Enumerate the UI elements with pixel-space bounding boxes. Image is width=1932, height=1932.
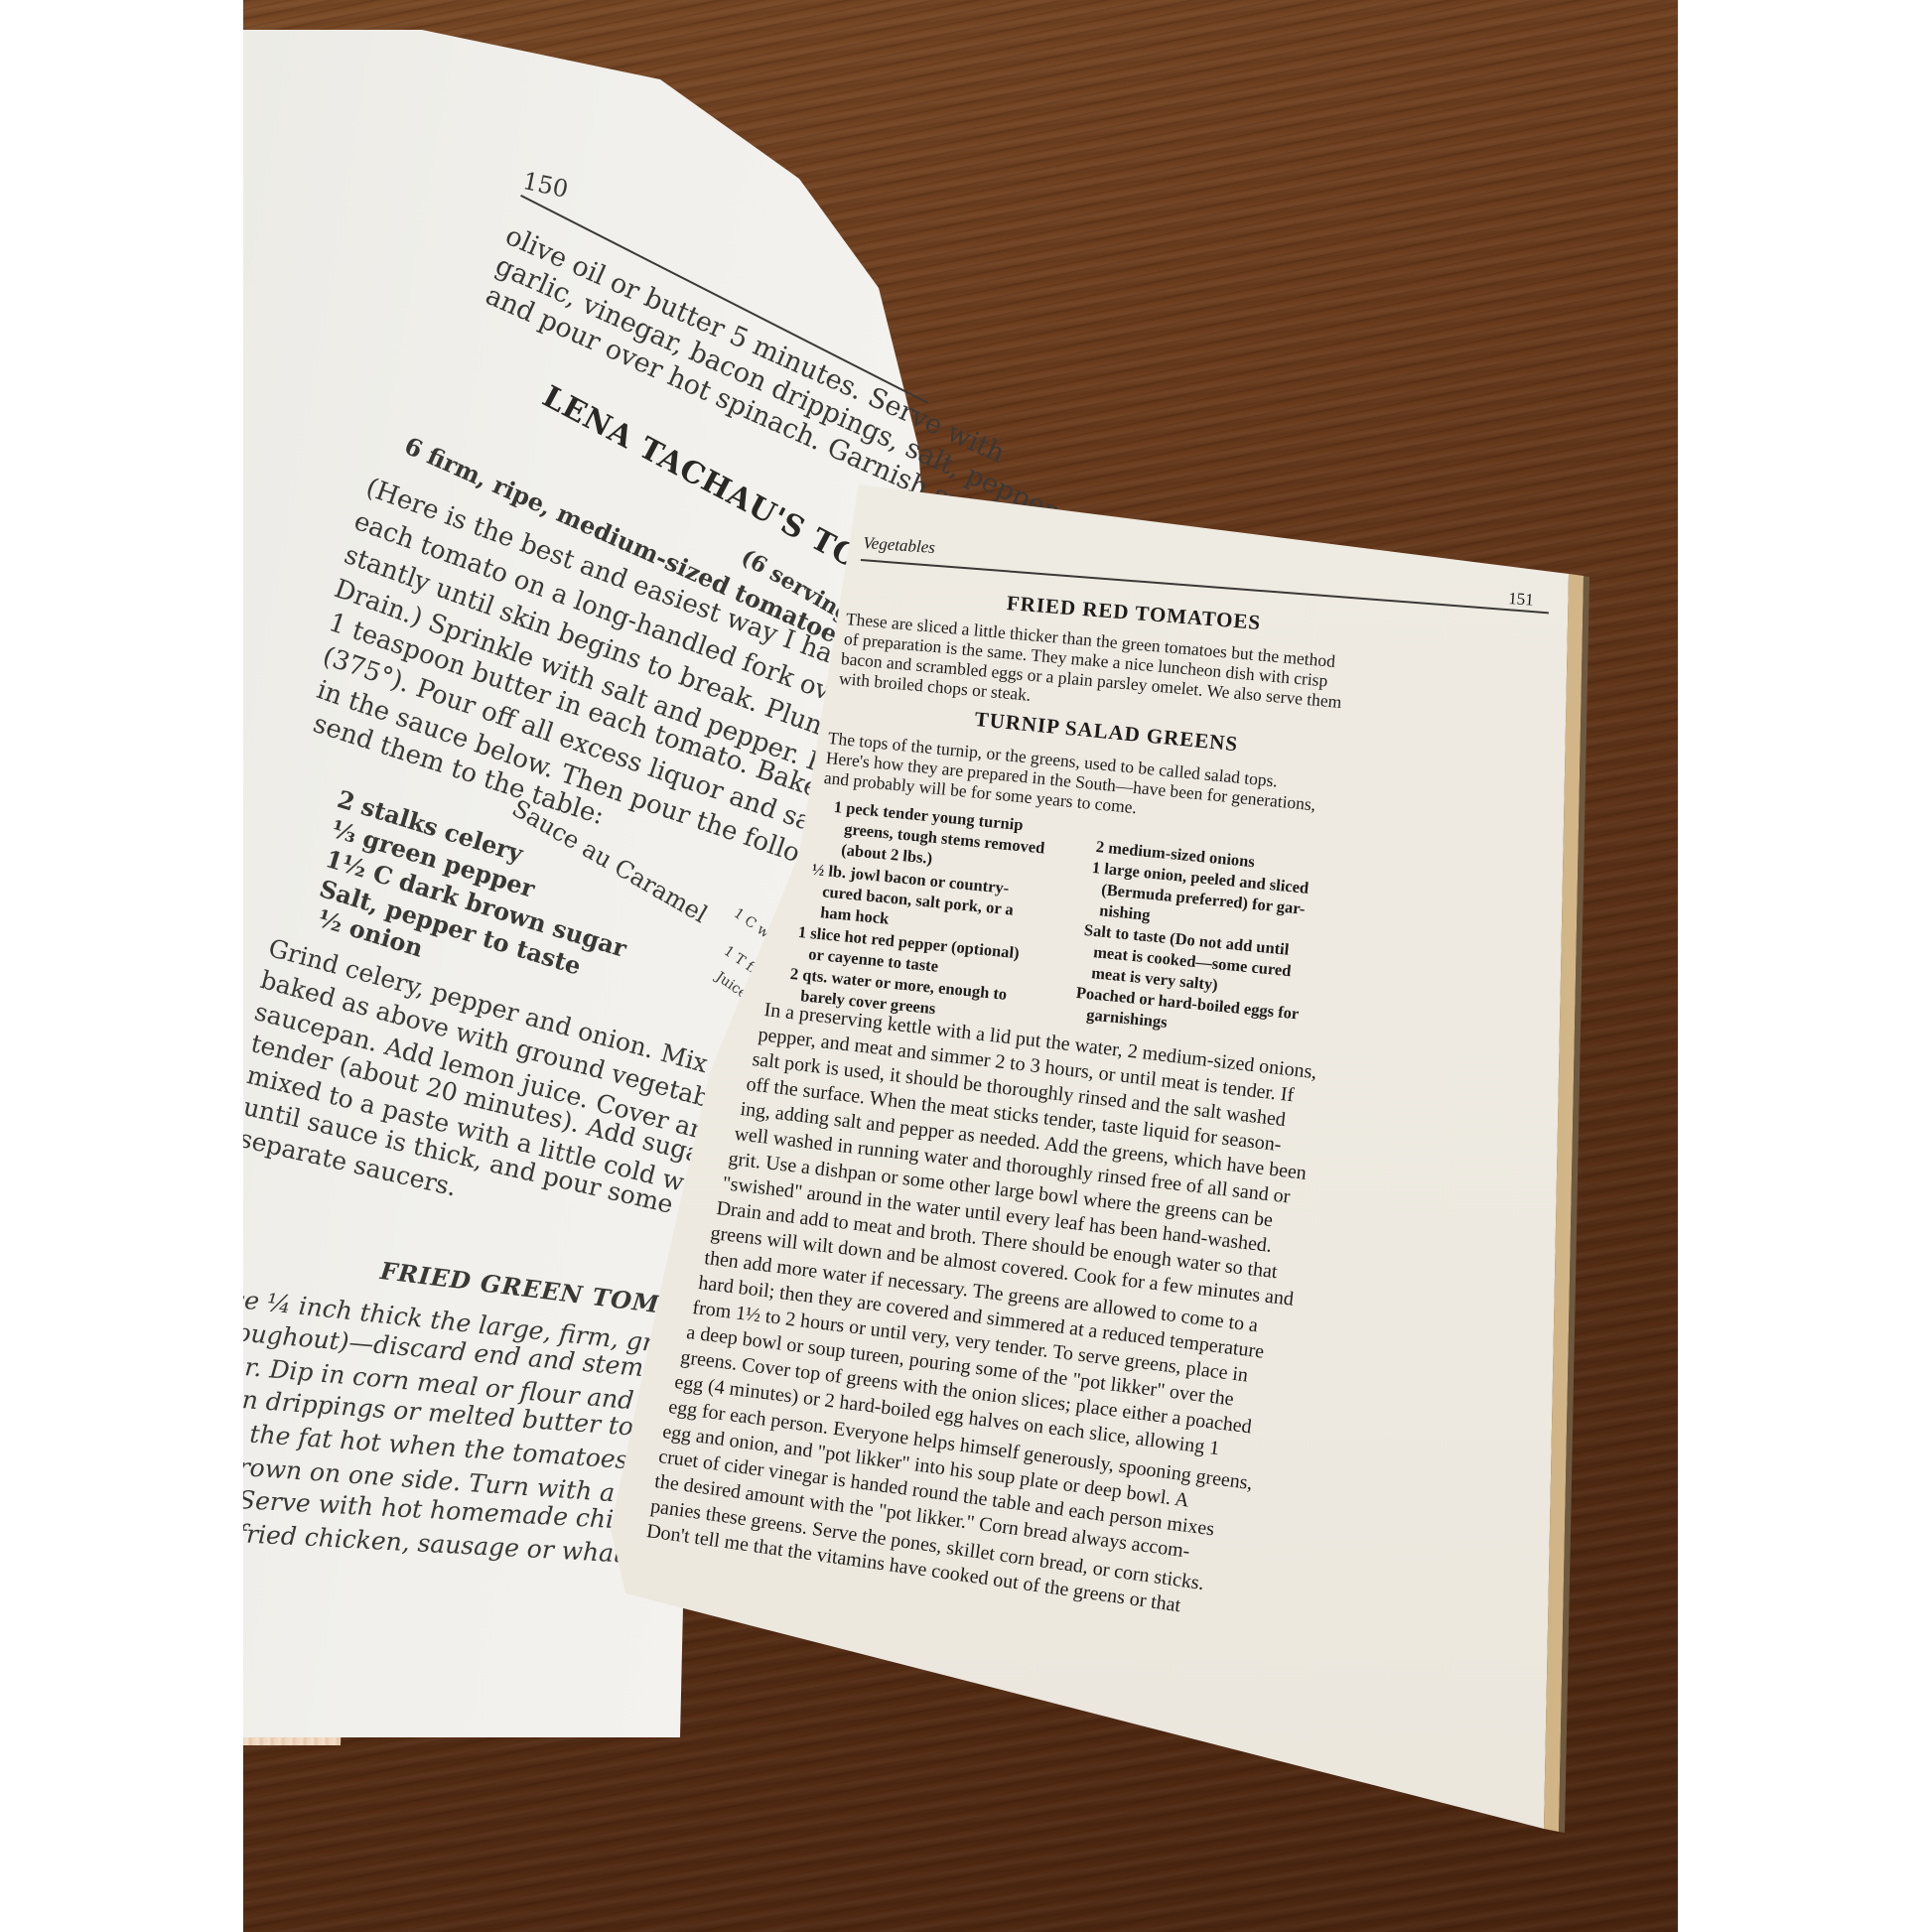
photo-open-cookbook: 150 olive oil or butter 5 minutes. Serve… (243, 0, 1678, 1932)
right-page: Vegetables 151 FRIED RED TOMATOES These … (243, 0, 1678, 1932)
right-page-number: 151 (1508, 589, 1535, 611)
right-page-paper (243, 0, 1678, 1932)
